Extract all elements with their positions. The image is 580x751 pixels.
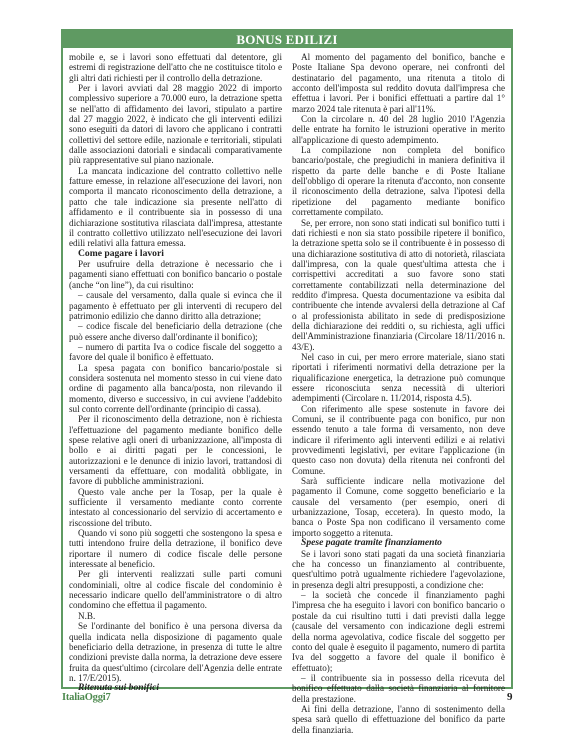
publication-logo: ItaliaOggi7	[62, 692, 111, 703]
article-columns: mobile e, se i lavori sono effettuati da…	[63, 48, 511, 735]
paragraph: – la società che concede il finanziament…	[292, 590, 505, 673]
section-header: BONUS EDILIZI	[63, 31, 511, 48]
paragraph: Sarà sufficiente indicare nella motivazi…	[292, 476, 505, 538]
paragraph: mobile e, se i lavori sono effettuati da…	[69, 52, 282, 83]
paragraph: Nel caso in cui, per mero errore materia…	[292, 352, 505, 404]
page-number: 9	[507, 691, 513, 703]
paragraph: Con riferimento alle spese sostenute in …	[292, 404, 505, 476]
paragraph: N.B.	[69, 611, 282, 621]
paragraph: La compilazione non completa del bonific…	[292, 145, 505, 217]
subheading: Spese pagate tramite finanziamento	[292, 538, 505, 549]
paragraph: – codice fiscale del beneficiario della …	[69, 321, 282, 342]
subheading: Come pagare i lavori	[69, 249, 282, 260]
paragraph: Con la circolare n. 40 del 28 luglio 201…	[292, 114, 505, 145]
left-column: mobile e, se i lavori sono effettuati da…	[69, 52, 282, 735]
paragraph: Al momento del pagamento del bonifico, b…	[292, 52, 505, 114]
paragraph: Se l'ordinante del bonifico è una person…	[69, 621, 282, 683]
paragraph: Per usufruire della detrazione è necessa…	[69, 259, 282, 290]
paragraph: Ai fini della detrazione, l'anno di sost…	[292, 704, 505, 735]
paragraph: – causale del versamento, dalla quale si…	[69, 290, 282, 321]
paragraph: Se, per errore, non sono stati indicati …	[292, 218, 505, 352]
paragraph: La spesa pagata con bonifico bancario/po…	[69, 363, 282, 415]
paragraph: Quando vi sono più soggetti che sostengo…	[69, 528, 282, 569]
paragraph: Per gli interventi realizzati sulle part…	[69, 569, 282, 610]
paragraph: – numero di partita Iva o codice fiscale…	[69, 342, 282, 363]
paragraph: Se i lavori sono stati pagati da una soc…	[292, 549, 505, 590]
paragraph: La mancata indicazione del contratto col…	[69, 166, 282, 249]
paragraph: Per il riconoscimento della detrazione, …	[69, 414, 282, 486]
right-column: Al momento del pagamento del bonifico, b…	[292, 52, 505, 735]
paragraph: Per i lavori avviati dal 28 maggio 2022 …	[69, 83, 282, 166]
paragraph: – il contribuente sia in possesso della …	[292, 673, 505, 704]
paragraph: Questo vale anche per la Tosap, per la q…	[69, 487, 282, 528]
article-box: BONUS EDILIZI mobile e, se i lavori sono…	[61, 29, 513, 689]
